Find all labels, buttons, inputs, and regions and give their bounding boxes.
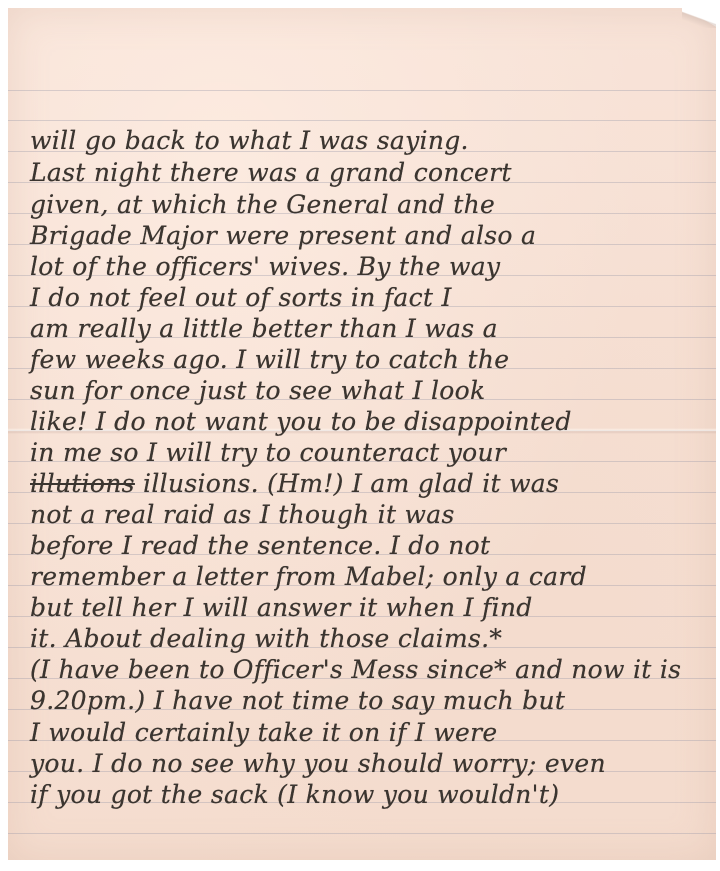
text-line-rest: illusions. (Hm!) I am glad it was xyxy=(135,469,559,498)
text-line: like! I do not want you to be disappoint… xyxy=(30,405,572,439)
text-line: (I have been to Officer's Mess since* an… xyxy=(30,653,681,687)
text-line: illutions illusions. (Hm!) I am glad it … xyxy=(30,467,559,501)
text-line: 9.20pm.) I have not time to say much but xyxy=(30,684,565,718)
text-line: lot of the officers' wives. By the way xyxy=(30,250,500,284)
text-line: Last night there was a grand concert xyxy=(30,156,512,190)
ruled-line xyxy=(8,833,716,834)
text-line: it. About dealing with those claims.* xyxy=(30,622,502,656)
text-line: Brigade Major were present and also a xyxy=(30,219,536,253)
text-line: am really a little better than I was a xyxy=(30,312,498,346)
text-line: remember a letter from Mabel; only a car… xyxy=(30,560,587,594)
text-line: in me so I will try to counteract your xyxy=(30,436,506,470)
text-line: will go back to what I was saying. xyxy=(30,124,469,158)
text-line: if you got the sack (I know you wouldn't… xyxy=(30,778,559,812)
text-line: not a real raid as I though it was xyxy=(30,498,455,532)
text-line: sun for once just to see what I look xyxy=(30,374,485,408)
text-line: I do not feel out of sorts in fact I xyxy=(30,281,452,315)
text-line: before I read the sentence. I do not xyxy=(30,529,490,563)
struck-word: illutions xyxy=(30,469,135,498)
ruled-line xyxy=(8,120,716,121)
text-line: given, at which the General and the xyxy=(30,188,495,222)
text-line: but tell her I will answer it when I fin… xyxy=(30,591,533,625)
text-line: you. I do no see why you should worry; e… xyxy=(30,747,606,781)
ruled-line xyxy=(8,90,716,91)
text-line: I would certainly take it on if I were xyxy=(30,716,497,750)
text-line: few weeks ago. I will try to catch the xyxy=(30,343,509,377)
